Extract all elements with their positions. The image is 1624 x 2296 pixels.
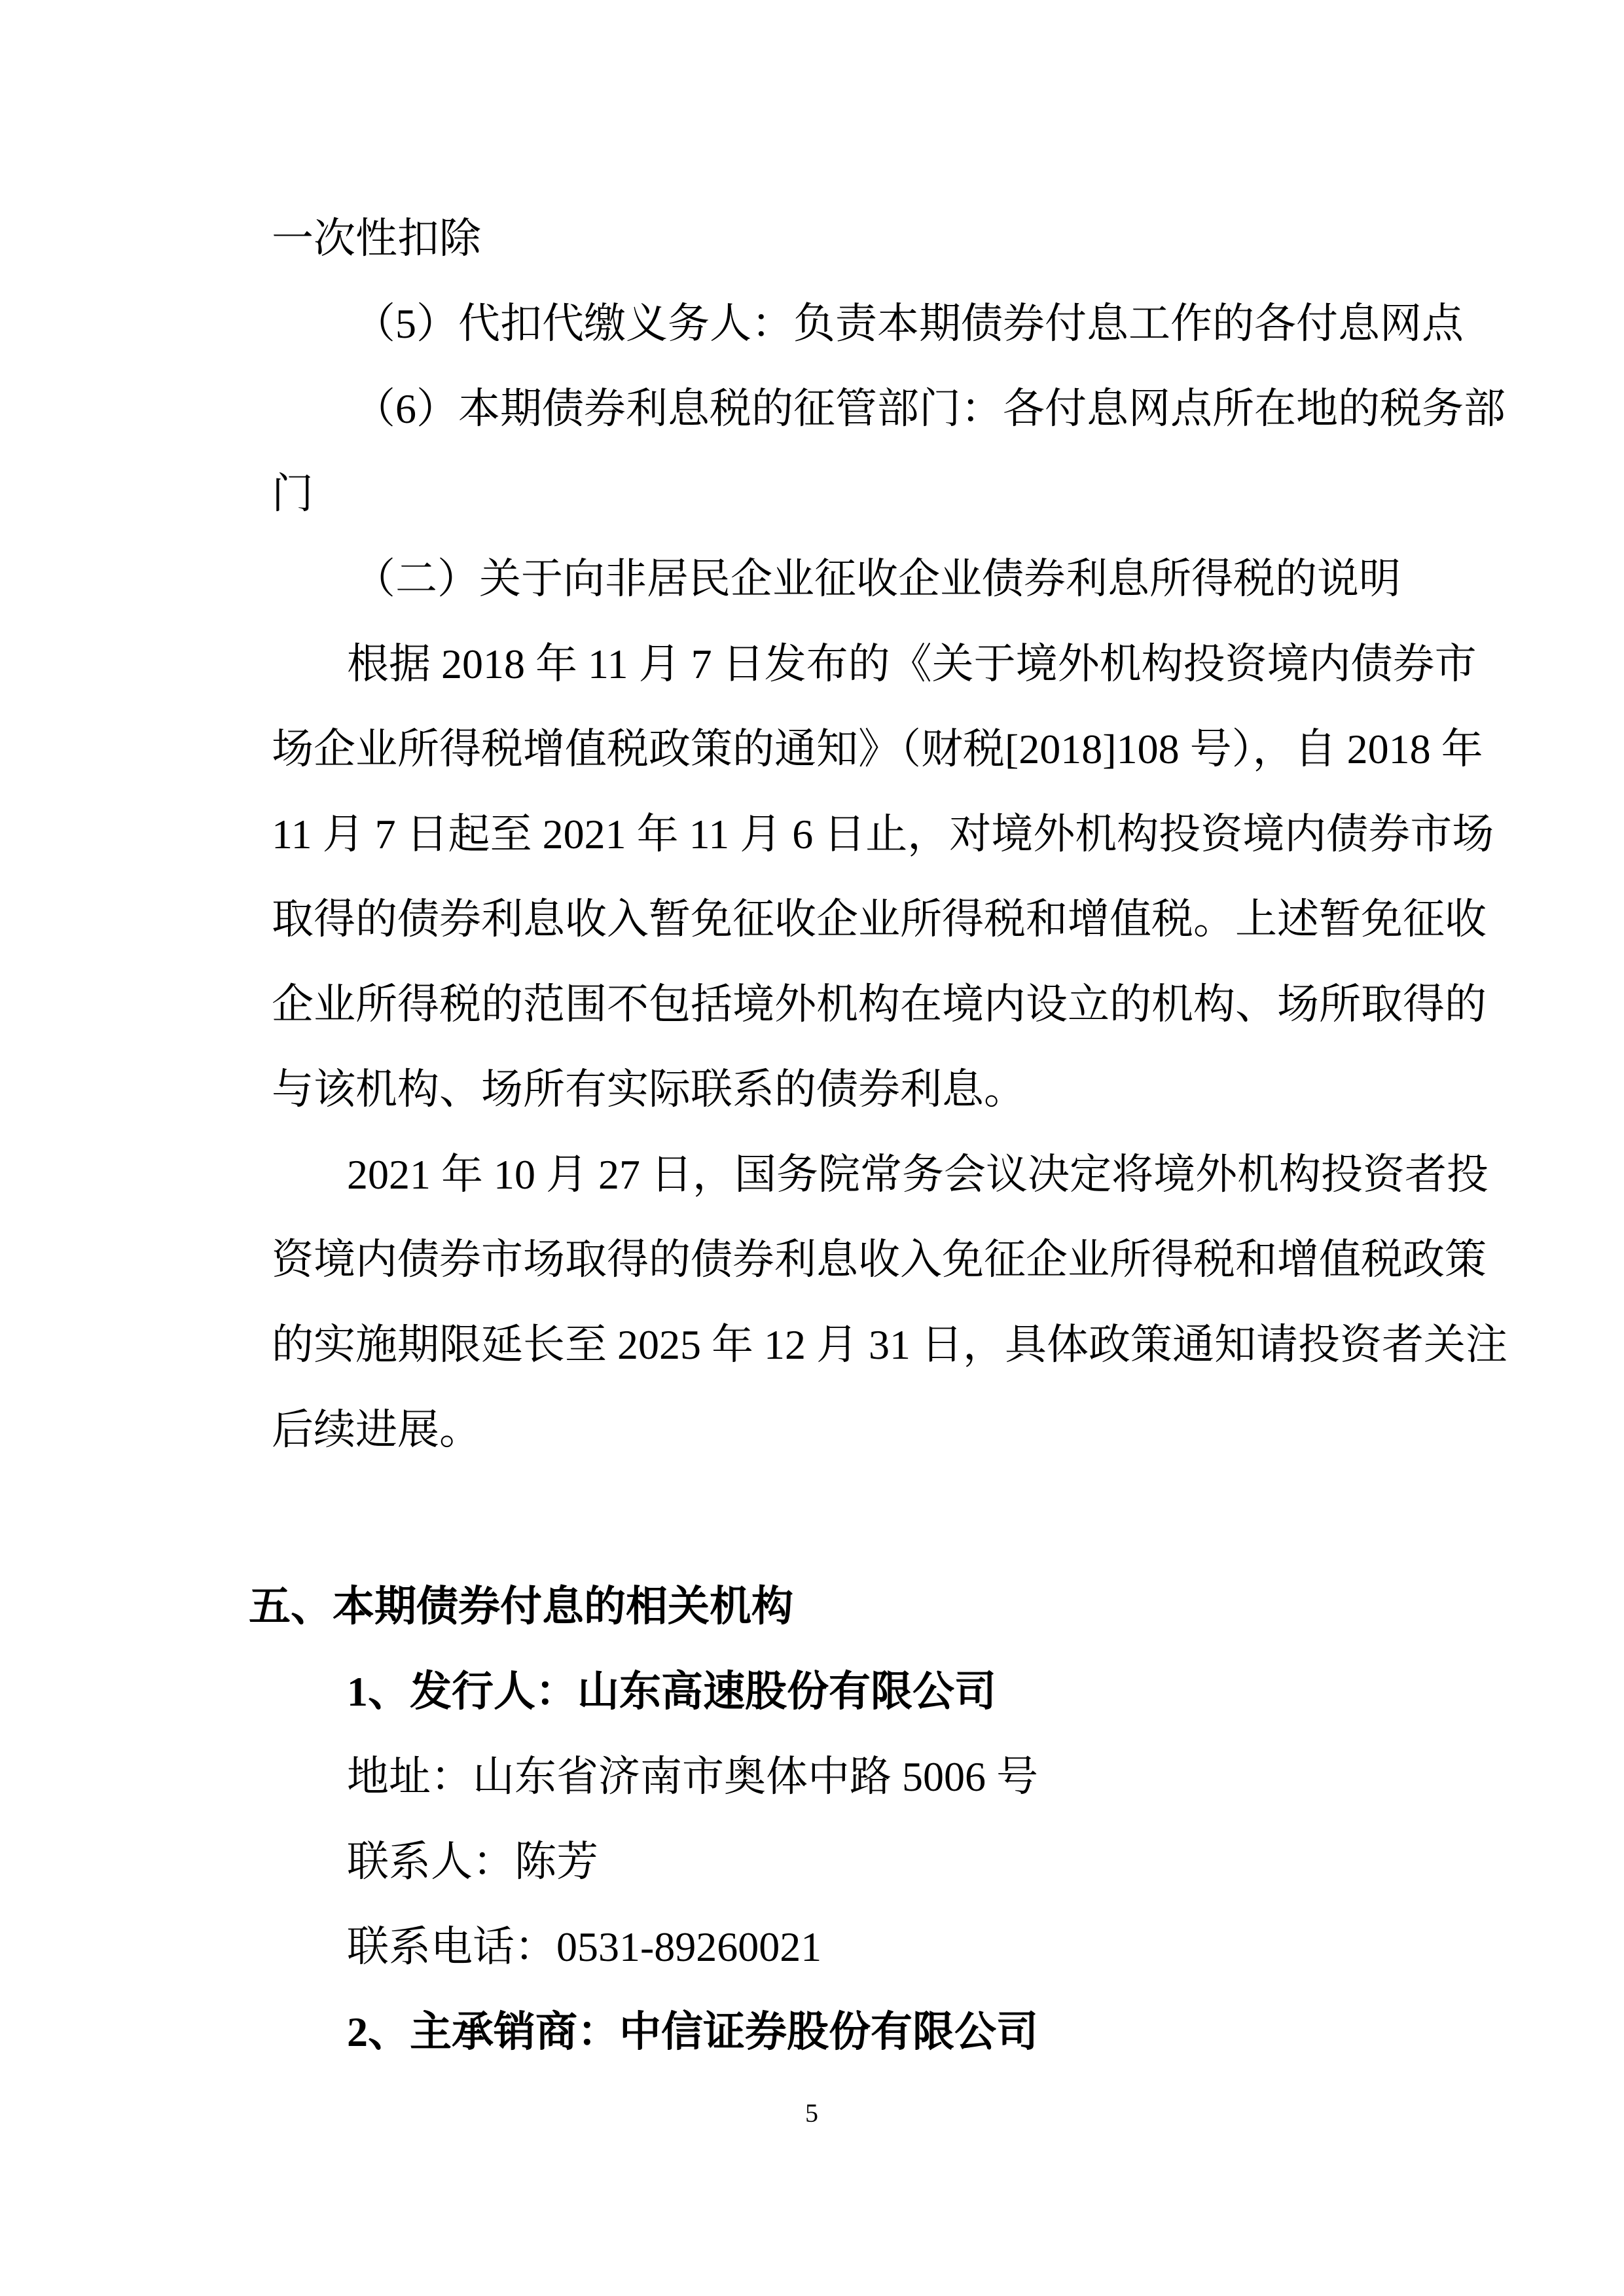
paragraph-1-line-4: 取得的债券利息收入暂免征收企业所得税和增值税。上述暂免征收 (272, 893, 1382, 946)
continuation-text: 一次性扣除 (272, 213, 481, 265)
paragraph-1-line-2: 场企业所得税增值税政策的通知》（财税[2018]108 号），自 2018 年 (272, 723, 1382, 776)
tax-item-6-line-1: （6）本期债券利息税的征管部门：各付息网点所在地的税务部 (353, 383, 1382, 435)
underwriter-title: 2、主承销商：中信证券股份有限公司 (347, 2006, 1038, 2058)
subheading-non-resident-tax: （二）关于向非居民企业征收企业债券利息所得税的说明 (353, 553, 1401, 605)
paragraph-1-line-3: 11 月 7 日起至 2021 年 11 月 6 日止，对境外机构投资境内债券市… (272, 808, 1382, 861)
paragraph-1-line-6: 与该机构、场所有实际联系的债券利息。 (272, 1064, 1026, 1116)
paragraph-2-line-1: 2021 年 10 月 27 日，国务院常务会议决定将境外机构投资者投 (347, 1149, 1382, 1201)
page-number: 5 (805, 2098, 818, 2129)
paragraph-2-line-2: 资境内债券市场取得的债券利息收入免征企业所得税和增值税政策 (272, 1234, 1382, 1286)
issuer-address: 地址：山东省济南市奥体中路 5006 号 (347, 1751, 1038, 1803)
paragraph-2-line-4: 后续进展。 (272, 1404, 481, 1456)
tax-item-5: （5）代扣代缴义务人：负责本期债券付息工作的各付息网点 (353, 298, 1382, 350)
tax-item-6-line-2: 门 (272, 468, 314, 520)
issuer-title: 1、发行人：山东高速股份有限公司 (347, 1666, 996, 1718)
paragraph-1-line-5: 企业所得税的范围不包括境外机构在境内设立的机构、场所取得的 (272, 978, 1382, 1031)
issuer-contact: 联系人：陈芳 (347, 1836, 598, 1888)
paragraph-1-line-1: 根据 2018 年 11 月 7 日发布的《关于境外机构投资境内债券市 (347, 638, 1382, 691)
issuer-phone: 联系电话：0531-89260021 (347, 1921, 821, 1973)
section-five-heading: 五、本期债券付息的相关机构 (249, 1581, 793, 1633)
paragraph-2-line-3: 的实施期限延长至 2025 年 12 月 31 日，具体政策通知请投资者关注 (272, 1319, 1382, 1371)
